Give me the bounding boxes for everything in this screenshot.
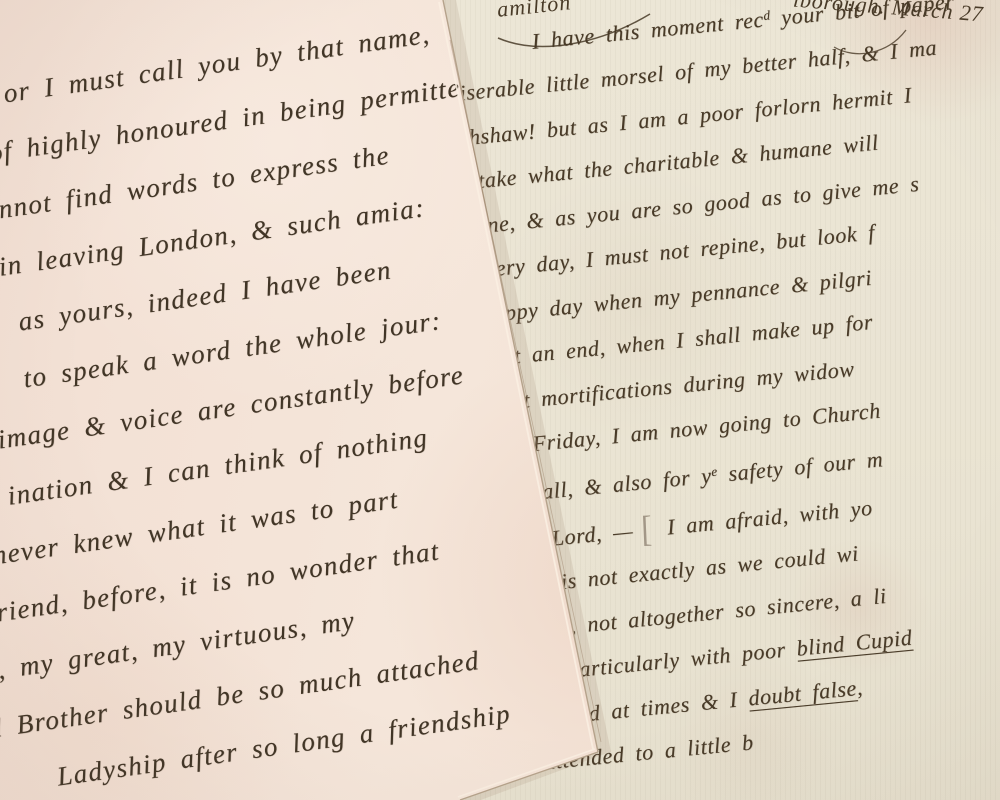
letter-text-segment: safety of our m — [716, 446, 884, 487]
letter-text-segment: doubt false — [747, 675, 858, 710]
pencil-bracket-mark: [ — [640, 504, 653, 556]
letter-text-segment: Lord, — — [550, 518, 634, 551]
letters-photo: amilton lborough. March 27 I have this m… — [0, 0, 1000, 800]
letter-text-segment: blind Cupid — [795, 625, 913, 661]
letter-text-segment: d at times & I — [587, 685, 749, 725]
letter-text-segment: all, & also for y — [541, 462, 713, 503]
letter-text-segment: , — [855, 674, 863, 699]
